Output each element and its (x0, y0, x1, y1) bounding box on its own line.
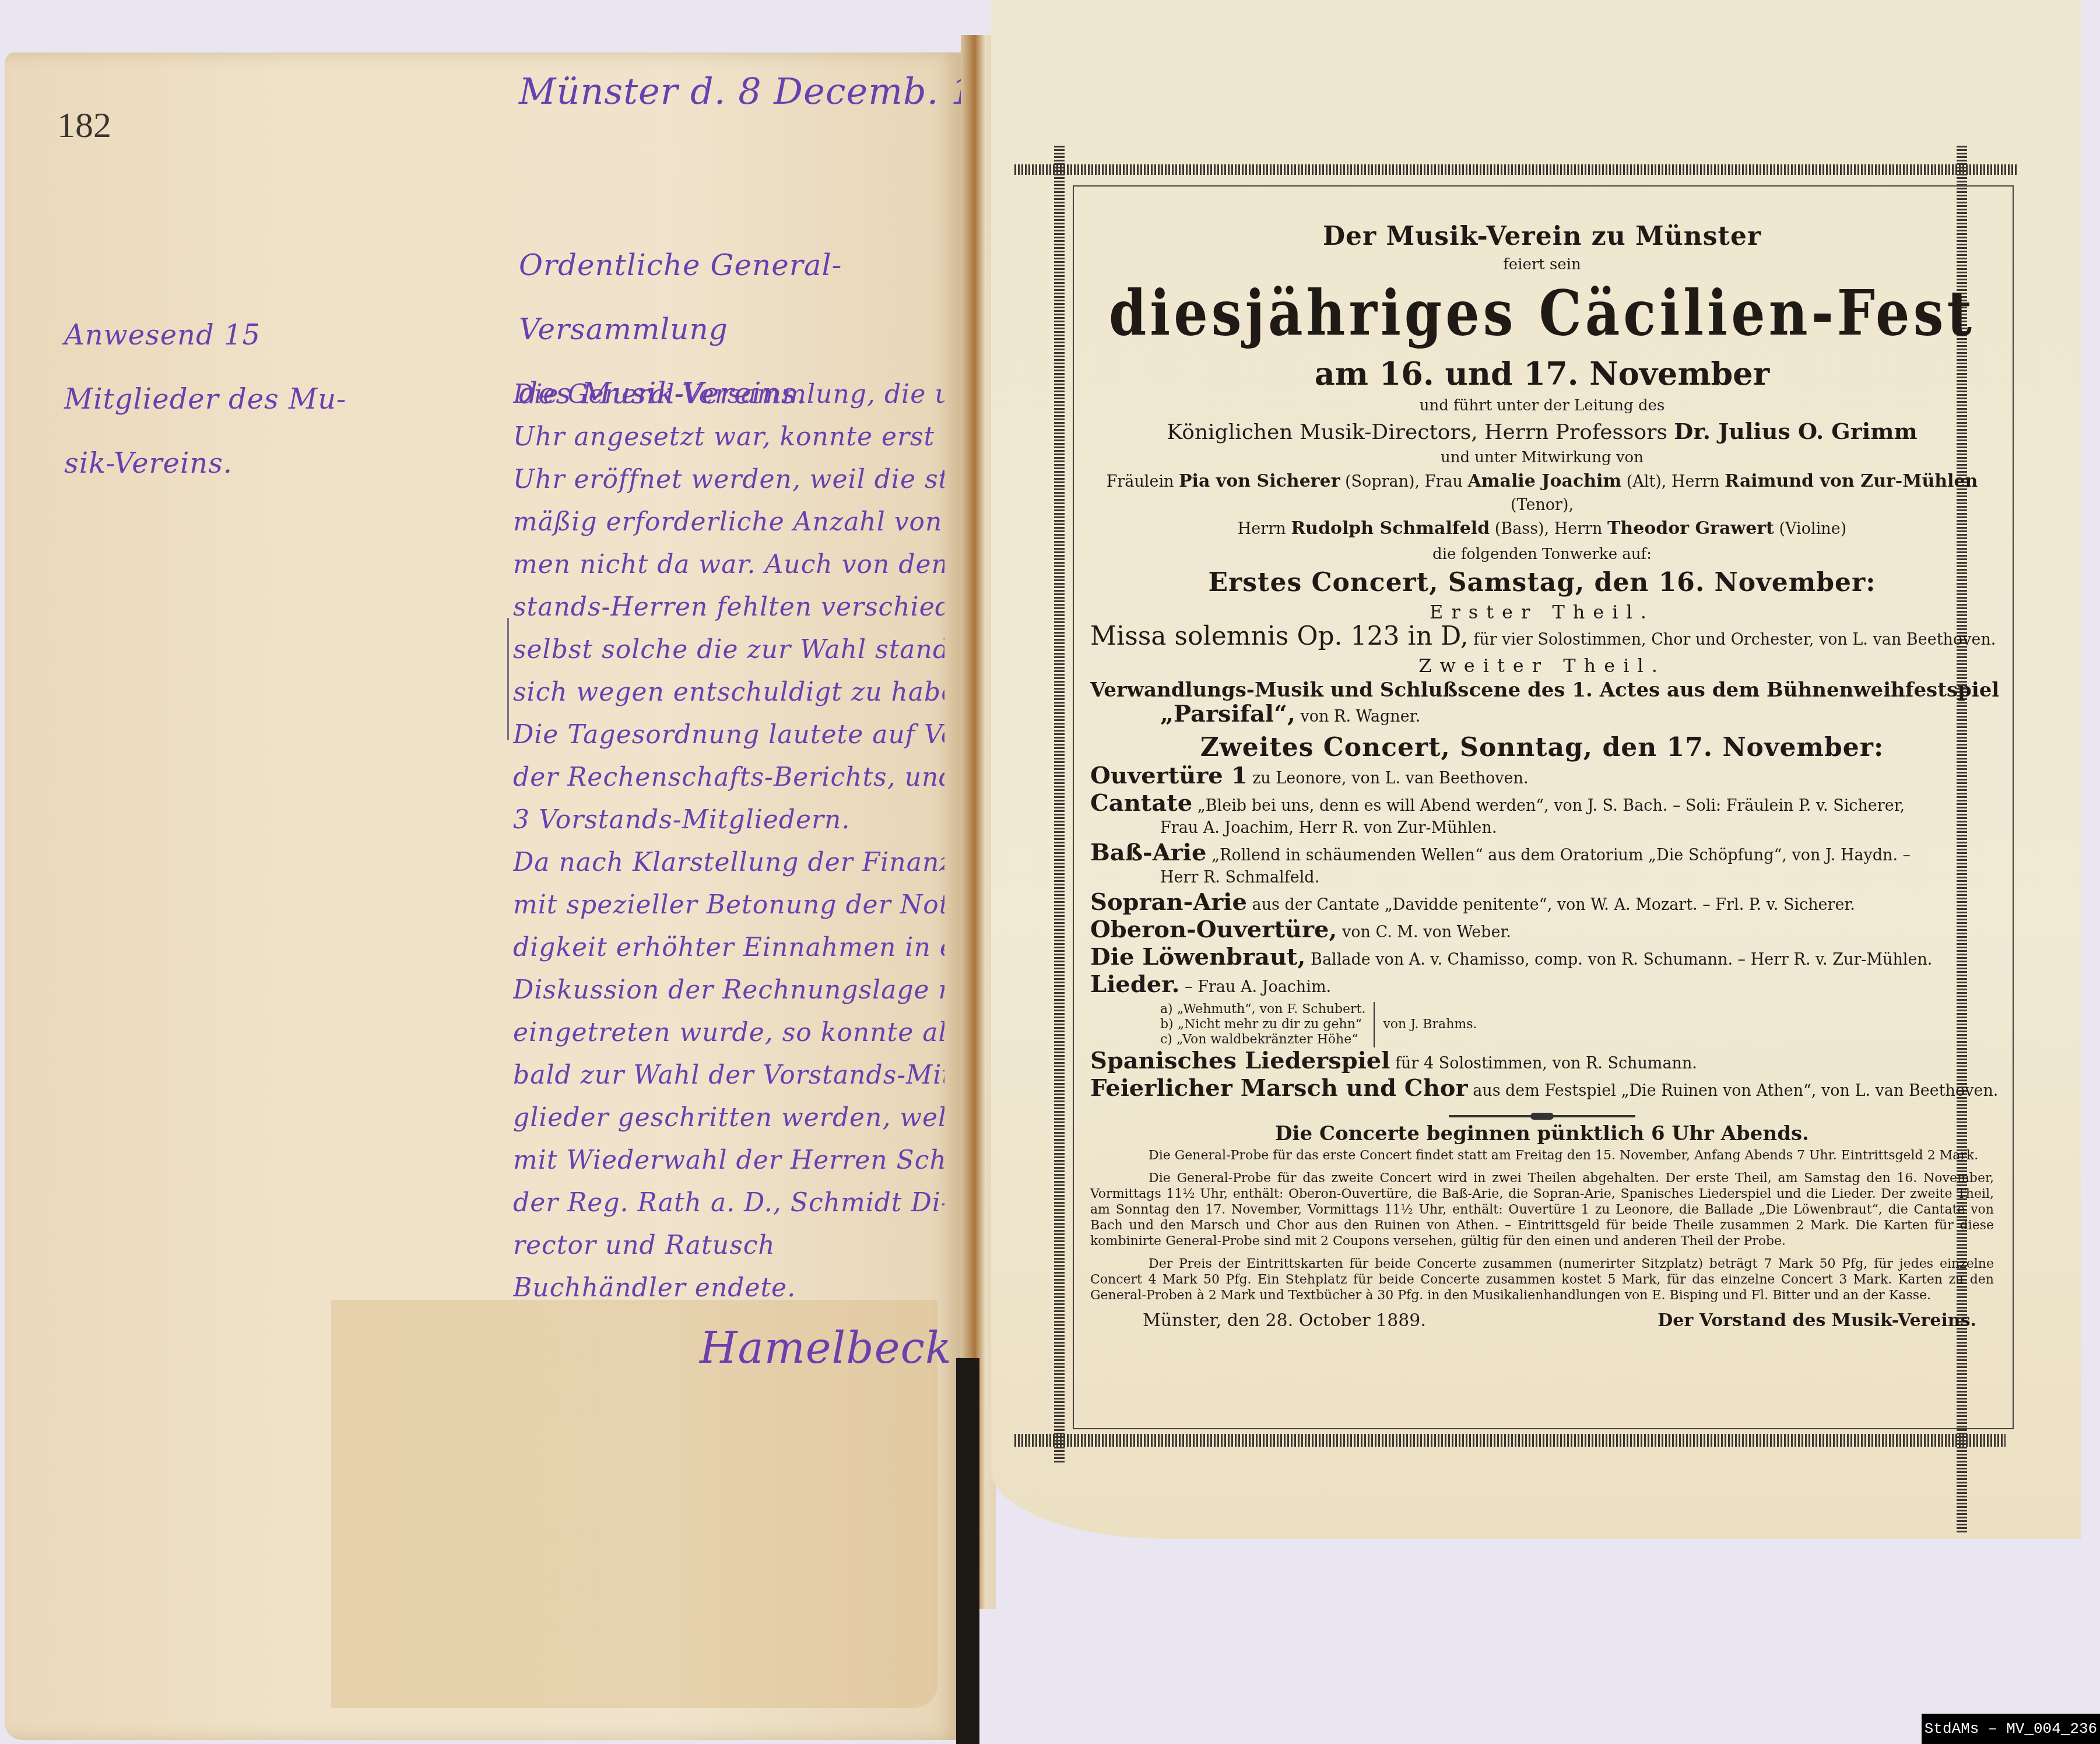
work-title: Cantate (1090, 789, 1192, 817)
minutes-line: men nicht da war. Auch von den Vor- (513, 543, 944, 586)
soloist-role: (Tenor), (1511, 496, 1574, 514)
song-item: b) „Nicht mehr zu dir zu gehn“ (1160, 1017, 1365, 1032)
work-title: Lieder. (1090, 971, 1180, 998)
club-name: Der Musik-Verein zu Münster (1084, 221, 2000, 251)
festival-dates: am 16. und 17. November (1084, 355, 2000, 392)
soloist-name: Amalie Joachim (1467, 471, 1621, 491)
work-title: Feierlicher Marsch und Chor (1090, 1074, 1468, 1102)
border-hatch-top (1014, 164, 2017, 175)
minutes-line: mäßig erforderliche Anzahl von Stim- (513, 501, 944, 543)
work-detail: „Bleib bei uns, denn es will Abend werde… (1198, 797, 1905, 815)
celebrates-text: feiert sein (1084, 256, 2000, 273)
minutes-line: digkeit erhöhter Einnahmen in eine (513, 926, 944, 969)
director-name: Dr. Julius O. Grimm (1674, 418, 1917, 444)
soloist-name: Raimund von Zur-Mühlen (1725, 471, 1978, 491)
note-paragraph: Die General-Probe für das erste Concert … (1090, 1148, 1994, 1163)
minutes-line: Buchhändler endete. (513, 1267, 944, 1309)
begin-time: Die Concerte beginnen pünktlich 6 Uhr Ab… (1084, 1122, 2000, 1145)
work-detail-cont: Frau A. Joachim, Herr R. von Zur-Mühlen. (1090, 817, 2000, 839)
minutes-line: Uhr angesetzt war, konnte erst um 12 (513, 416, 944, 458)
minutes-line: Die Tagesordnung lautete auf Vorlage (513, 713, 944, 756)
director-line: Königlichen Musik-Directors, Herrn Profe… (1084, 418, 2000, 444)
soloist-name: Pia von Sicherer (1179, 471, 1340, 491)
margin-note-line: sik-Vereins. (64, 431, 391, 495)
minutes-line: Da nach Klarstellung der Finanzen (513, 841, 944, 884)
minutes-line: mit spezieller Betonung der Nothwen- (513, 884, 944, 926)
margin-bracket-line (507, 618, 509, 740)
under-direction-text: und führt unter der Leitung des (1084, 397, 2000, 414)
minutes-line: der Rechenschafts-Berichts, und Wahl von (513, 756, 944, 799)
work-detail: von R. Wagner. (1301, 708, 1421, 726)
minutes-line: rector und Ratusch (513, 1224, 944, 1267)
margin-note-line: Anwesend 15 Mitglieder des Mu- (64, 303, 391, 431)
work-detail: – Frau A. Joachim. (1185, 978, 1331, 996)
place-and-date: Münster, den 28. October 1889. (1143, 1310, 1426, 1331)
border-hatch-bottom (1014, 1434, 2006, 1447)
festival-title: diesjähriges Cäcilien-Fest (1084, 277, 2000, 349)
song-item: c) „Von waldbekränzter Höhe“ (1160, 1032, 1365, 1047)
concert-1-part-2-label: Zweiter Theil. (1084, 655, 2000, 677)
song-item: a) „Wehmuth“, von F. Schubert. (1160, 1002, 1365, 1017)
program-item: Sopran-Arie aus der Cantate „Davidde pen… (1084, 891, 2000, 916)
minutes-line: Die General-Versammlung, die um 11½ (513, 373, 944, 416)
minutes-line: selbst solche die zur Wahl standen, sie (513, 628, 944, 671)
minutes-line: glieder geschritten werden, welche (513, 1096, 944, 1139)
work-detail: für 4 Solostimmen, von R. Schumann. (1395, 1054, 1697, 1073)
concert-1-part-1-label: Erster Theil. (1084, 601, 2000, 623)
minutes-line: sich wegen entschuldigt zu haben. (513, 671, 944, 713)
work-detail: Ballade von A. v. Chamisso, comp. von R.… (1311, 951, 1932, 969)
work-title: Die Löwenbraut, (1090, 943, 1305, 971)
minutes-heading-line: Ordentliche General-Versammlung (519, 233, 927, 361)
soloist-role: (Alt), (1627, 473, 1667, 491)
program-item: Ouvertüre 1 zu Leonore, von L. van Beeth… (1084, 765, 2000, 790)
rehearsal-and-ticket-notes: Die General-Probe für das erste Concert … (1084, 1148, 2000, 1303)
work-detail: aus der Cantate „Davidde penitente“, von… (1252, 896, 1855, 914)
soloist-prefix: Herrn (1238, 520, 1286, 538)
signature: Hamelbeck. (700, 1323, 966, 1373)
songs-composer: von J. Brahms. (1383, 1017, 1477, 1032)
minutes-line: Uhr eröffnet werden, weil die statut- (513, 458, 944, 501)
work-title: Baß-Arie (1090, 839, 1206, 866)
work-detail: zu Leonore, von L. van Beethoven. (1252, 769, 1528, 787)
soloist-name: Theodor Grawert (1607, 518, 1774, 539)
soloist-prefix: Frau (1425, 473, 1463, 491)
lieder-song-list: a) „Wehmuth“, von F. Schubert. b) „Nicht… (1084, 1002, 2000, 1047)
note-paragraph: Die General-Probe für das zweite Concert… (1090, 1170, 1994, 1249)
work-title: Verwandlungs-Musik und Schlußscene des 1… (1090, 678, 1999, 702)
work-detail: für vier Solostimmen, Chor und Orchester… (1473, 631, 1996, 649)
program-item: Feierlicher Marsch und Chor aus dem Fest… (1084, 1077, 2000, 1102)
soloist-role: (Bass), (1495, 520, 1549, 538)
soloists-line-1: Fräulein Pia von Sicherer (Sopran), Frau… (1084, 470, 2000, 541)
book-spine-shadow (956, 1358, 979, 1744)
margin-note-attendance: Anwesend 15 Mitglieder des Mu- sik-Verei… (64, 303, 391, 495)
soloist-prefix: Herrn (1554, 520, 1603, 538)
work-title: Oberon-Ouvertüre, (1090, 916, 1337, 943)
soloist-role: (Violine) (1779, 520, 1847, 538)
program-item: Lieder. – Frau A. Joachim. (1084, 973, 2000, 998)
minutes-line: Diskussion der Rechnungslage nicht (513, 969, 944, 1011)
program-item: Verwandlungs-Musik und Schlußscene des 1… (1084, 679, 2000, 728)
minutes-line: mit Wiederwahl der Herren Schrei- (513, 1139, 944, 1182)
participation-text: und unter Mitwirkung von (1084, 449, 2000, 466)
program-item: Missa solemnis Op. 123 in D, für vier So… (1084, 625, 2000, 651)
work-title: Ouvertüre 1 (1090, 762, 1248, 789)
program-item: Die Löwenbraut, Ballade von A. v. Chamis… (1084, 946, 2000, 971)
archive-watermark: StdAMs – MV_004_236 (1922, 1714, 2100, 1744)
following-works-text: die folgenden Tonwerke auf: (1084, 546, 2000, 563)
minutes-line: der Reg. Rath a. D., Schmidt Di- (513, 1182, 944, 1224)
work-detail: von C. M. von Weber. (1342, 923, 1511, 941)
program-item: Baß-Arie „Rollend in schäumenden Wellen“… (1084, 842, 2000, 889)
ornament-divider (1449, 1115, 1635, 1117)
program-footer: Münster, den 28. October 1889. Der Vorst… (1084, 1310, 2000, 1331)
program-item: Spanisches Liederspiel für 4 Solostimmen… (1084, 1050, 2000, 1075)
program-item: Oberon-Ouvertüre, von C. M. von Weber. (1084, 919, 2000, 944)
soloist-prefix: Fräulein (1107, 473, 1174, 491)
director-prefix: Königlichen Musik-Directors, Herrn Profe… (1167, 420, 1667, 444)
work-title: Missa solemnis Op. 123 in D, (1090, 621, 1469, 651)
note-paragraph: Der Preis der Eintrittskarten für beide … (1090, 1256, 1994, 1303)
soloist-role: (Sopran), (1345, 473, 1420, 491)
minutes-line: stands-Herren fehlten verschiedene (513, 586, 944, 628)
minutes-line: bald zur Wahl der Vorstands-Mit- (513, 1054, 944, 1096)
work-title: Spanisches Liederspiel (1090, 1047, 1390, 1074)
program-item: Cantate „Bleib bei uns, denn es will Abe… (1084, 792, 2000, 839)
minutes-body: Die General-Versammlung, die um 11½ Uhr … (513, 373, 944, 1309)
minutes-line: eingetreten wurde, so konnte als- (513, 1011, 944, 1054)
minutes-line: 3 Vorstands-Mitgliedern. (513, 799, 944, 841)
work-detail: „Rollend in schäumenden Wellen“ aus dem … (1211, 846, 1911, 864)
soloist-prefix: Herrn (1671, 473, 1720, 491)
page-number: 182 (57, 105, 111, 146)
border-hatch-left (1054, 146, 1065, 1463)
board-signature: Der Vorstand des Musik-Vereins. (1657, 1310, 1976, 1331)
work-detail-cont: Herr R. Schmalfeld. (1090, 867, 2000, 889)
work-detail: aus dem Festspiel „Die Ruinen von Athen“… (1473, 1082, 1998, 1100)
work-title: „Parsifal“, (1160, 700, 1295, 727)
work-title: Sopran-Arie (1090, 888, 1247, 916)
soloist-name: Rudolph Schmalfeld (1291, 518, 1490, 539)
concert-program: Der Musik-Verein zu Münster feiert sein … (1084, 221, 2000, 1331)
concert-1-heading: Erstes Concert, Samstag, den 16. Novembe… (1084, 568, 2000, 597)
concert-2-heading: Zweites Concert, Sonntag, den 17. Novemb… (1084, 733, 2000, 762)
